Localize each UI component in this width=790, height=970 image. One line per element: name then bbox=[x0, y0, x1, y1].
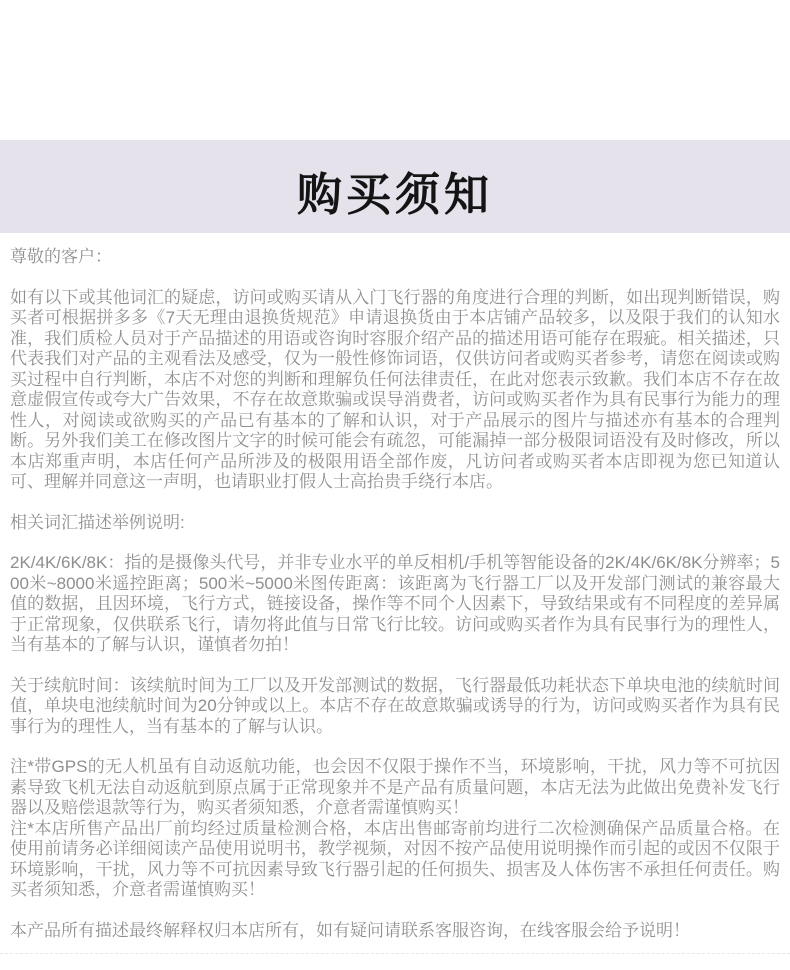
battery-life-paragraph: 关于续航时间：该续航时间为工厂以及开发部测试的数据，飞行器最低功耗状态下单块电池… bbox=[10, 676, 780, 738]
main-disclaimer-paragraph: 如有以下或其他词汇的疑虑，访问或购买请从入门飞行器的角度进行合理的判断，如出现判… bbox=[10, 288, 780, 493]
final-interpretation-note: 本产品所有描述最终解释权归本店所有，如有疑问请联系客服咨询，在线客服会给予说明！ bbox=[10, 921, 780, 942]
top-whitespace bbox=[0, 0, 790, 140]
quality-inspection-note: 注*本店所售产品出厂前均经过质量检测合格，本店出售邮寄前均进行二次检测确保产品质… bbox=[10, 819, 780, 901]
gps-return-note: 注*带GPS的无人机虽有自动返航功能，也会因不仅限于操作不当，环境影响，干扰，风… bbox=[10, 757, 780, 819]
section-label-examples: 相关词汇描述举例说明: bbox=[10, 513, 780, 534]
salutation: 尊敬的客户： bbox=[10, 247, 780, 268]
bottom-divider bbox=[0, 953, 790, 954]
notice-banner: 购买须知 bbox=[0, 140, 790, 233]
notice-body: 尊敬的客户： 如有以下或其他词汇的疑虑，访问或购买请从入门飞行器的角度进行合理的… bbox=[0, 233, 790, 941]
page-title: 购买须知 bbox=[297, 172, 493, 217]
purchase-notice-page: 购买须知 尊敬的客户： 如有以下或其他词汇的疑虑，访问或购买请从入门飞行器的角度… bbox=[0, 0, 790, 970]
resolution-distance-paragraph: 2K/4K/6K/8K：指的是摄像头代号，并非专业水平的单反相机/手机等智能设备… bbox=[10, 553, 780, 656]
